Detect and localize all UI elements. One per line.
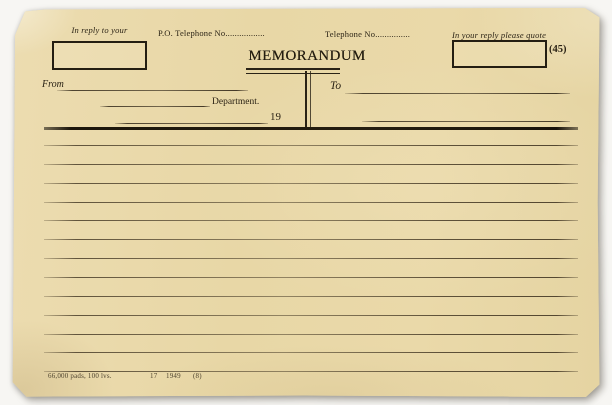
date-line: [115, 123, 268, 124]
year-label: 19: [270, 111, 281, 123]
from-line: [57, 90, 248, 91]
department-line: [100, 106, 210, 107]
department-label: Department.: [212, 97, 259, 107]
memo-paper-wrapper: In reply to your P.O. Telephone No......…: [11, 8, 600, 397]
title-underline: [246, 68, 340, 74]
to-address-line: [362, 121, 570, 122]
header-rule: [44, 127, 578, 130]
footer-code-1: 17: [150, 372, 157, 380]
ruled-line: [44, 352, 578, 353]
in-reply-reference-box: [52, 41, 147, 70]
ruled-line: [44, 277, 578, 278]
memo-title: MEMORANDUM: [239, 48, 375, 65]
ruled-line: [44, 183, 578, 184]
ruled-line: [44, 258, 578, 259]
ruled-line: [44, 315, 578, 316]
ruled-line: [44, 202, 578, 203]
ruled-line: [44, 145, 578, 146]
footer-print-info: 66,000 pads, 100 lvs.: [48, 372, 112, 380]
telephone-label: Telephone No...............: [325, 29, 410, 39]
footer-code-3: (8): [193, 372, 202, 380]
ruled-lines: [44, 145, 578, 381]
reply-quote-reference-box: [452, 40, 547, 68]
to-label: To: [330, 80, 341, 92]
po-telephone-label: P.O. Telephone No.................: [158, 28, 265, 38]
memo-paper: In reply to your P.O. Telephone No......…: [11, 8, 600, 397]
ruled-line: [44, 371, 578, 372]
from-label: From: [42, 79, 64, 90]
in-your-reply-label: In your reply please quote: [441, 30, 557, 40]
to-line: [345, 93, 570, 94]
footer-code-2: 1949: [166, 372, 181, 380]
ruled-line: [44, 220, 578, 221]
ruled-line: [44, 239, 578, 240]
in-reply-label: In reply to your: [52, 25, 147, 35]
form-number: (45): [549, 44, 567, 55]
ruled-line: [44, 296, 578, 297]
scanned-memo-background: In reply to your P.O. Telephone No......…: [0, 0, 612, 405]
section-divider: [305, 71, 311, 127]
ruled-line: [44, 164, 578, 165]
ruled-line: [44, 334, 578, 335]
